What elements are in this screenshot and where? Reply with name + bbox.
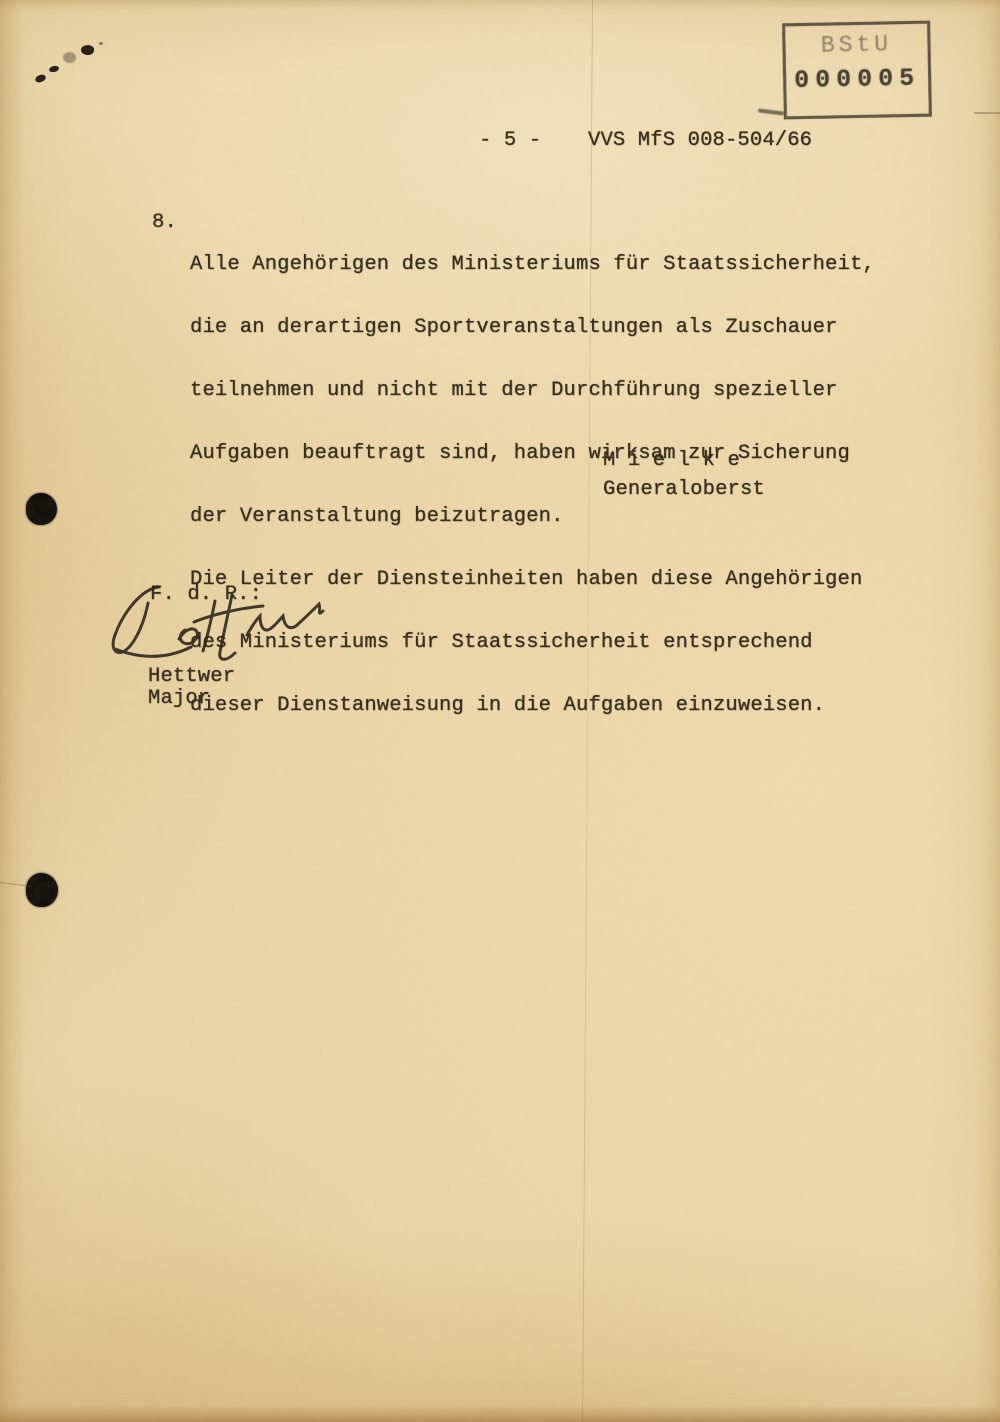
paragraph-line: Aufgaben beauftragt sind, haben wirksam … — [190, 443, 875, 464]
paragraph-line: dieser Dienstanweisung in die Aufgaben e… — [190, 695, 875, 716]
paragraph-8: Alle Angehörigen des Ministeriums für St… — [190, 212, 875, 758]
certifier-rank: Major — [148, 688, 210, 709]
ink-speck — [99, 42, 103, 45]
paragraph-line: teilnehmen und nicht mit der Durchführun… — [190, 380, 875, 401]
ink-speck — [48, 65, 59, 73]
document-page: BStU 000005 - 5 - VVS MfS 008-504/66 8. … — [0, 0, 1000, 1422]
ink-speck — [34, 73, 47, 84]
ink-speck — [80, 44, 95, 56]
paragraph-line: die an derartigen Sportveranstaltungen a… — [190, 317, 875, 338]
paragraph-number: 8. — [152, 212, 177, 233]
document-reference: VVS MfS 008-504/66 — [588, 130, 812, 151]
hole-punch-bottom — [26, 873, 58, 907]
stamp-agency-text: BStU — [785, 31, 927, 60]
hole-punch-top — [26, 493, 57, 525]
paragraph-line: Alle Angehörigen des Ministeriums für St… — [190, 254, 875, 275]
paragraph-line: der Veranstaltung beizutragen. — [190, 506, 875, 527]
ink-smudge — [63, 52, 76, 63]
stamp-serial-number: 000005 — [786, 64, 929, 96]
handwritten-signature — [103, 581, 343, 671]
bstu-stamp: BStU 000005 — [782, 21, 932, 120]
signatory-name: M i e l k e — [603, 450, 740, 471]
edge-pencil-dash — [974, 112, 1000, 114]
certifier-name: Hettwer — [148, 666, 235, 687]
page-number: - 5 - — [479, 130, 541, 151]
signatory-rank: Generaloberst — [603, 479, 765, 500]
stamp-ink-smudge — [758, 108, 784, 115]
